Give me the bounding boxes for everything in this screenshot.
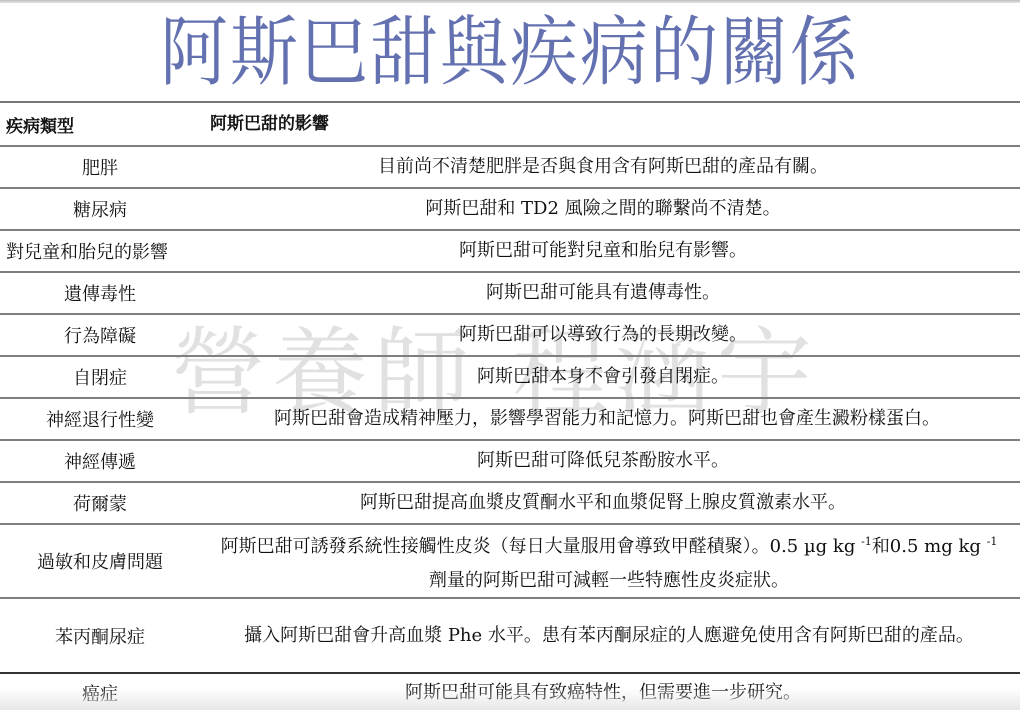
table-row: 自閉症 阿斯巴甜本身不會引發自閉症。 [0,355,1020,397]
effect-cell: 阿斯巴甜提高血漿皮質酮水平和血漿促腎上腺皮質激素水平。 [200,486,1020,520]
table-row: 苯丙酮尿症 攝入阿斯巴甜會升高血漿 Phe 水平。患有苯丙酮尿症的人應避免使用含… [0,597,1020,672]
effect-cell: 阿斯巴甜可降低兒茶酚胺水平。 [200,444,1020,478]
effect-cell: 阿斯巴甜可能對兒童和胎兒有影響。 [200,234,1020,268]
disease-type-cell: 遺傳毒性 [0,280,200,306]
effect-text-part2: 和0.5 mg kg [872,536,987,557]
disease-type-cell: 神經退行性變 [0,406,200,432]
effect-cell: 阿斯巴甜可以導致行為的長期改變。 [200,318,1020,352]
table-row: 神經傳遞 阿斯巴甜可降低兒茶酚胺水平。 [0,439,1020,481]
table-row: 神經退行性變 阿斯巴甜會造成精神壓力，影響學習能力和記憶力。阿斯巴甜也會產生澱粉… [0,397,1020,439]
header-disease-type: 疾病類型 [0,112,210,137]
disease-type-cell: 過敏和皮膚問題 [0,548,200,574]
table-row: 過敏和皮膚問題 阿斯巴甜可誘發系統性接觸性皮炎（每日大量服用會導致甲醛積聚）。0… [0,523,1020,597]
disease-type-cell: 對兒童和胎兒的影響 [0,238,200,264]
table-row: 糖尿病 阿斯巴甜和 TD2 風險之間的聯繫尚不清楚。 [0,187,1020,229]
superscript-unit: -1 [987,535,998,548]
effect-cell: 阿斯巴甜可能具有致癌特性，但需要進一步研究。 [200,676,1020,710]
table-row: 行為障礙 阿斯巴甜可以導致行為的長期改變。 [0,313,1020,355]
disease-table: 疾病類型 阿斯巴甜的影響 肥胖 目前尚不清楚肥胖是否與食用含有阿斯巴甜的產品有關… [0,101,1020,710]
disease-type-cell: 癌症 [0,680,200,706]
table-row: 對兒童和胎兒的影響 阿斯巴甜可能對兒童和胎兒有影響。 [0,229,1020,271]
header-aspartame-effect: 阿斯巴甜的影響 [210,107,1020,141]
disease-type-cell: 自閉症 [0,364,200,390]
effect-cell: 阿斯巴甜可能具有遺傳毒性。 [200,276,1020,310]
effect-text-part3: 劑量的阿斯巴甜可減輕一些特應性皮炎症狀。 [429,570,789,591]
superscript-unit: -1 [861,535,872,548]
disease-type-cell: 苯丙酮尿症 [0,623,200,649]
disease-type-cell: 神經傳遞 [0,448,200,474]
table-row: 荷爾蒙 阿斯巴甜提高血漿皮質酮水平和血漿促腎上腺皮質激素水平。 [0,481,1020,523]
page-title: 阿斯巴甜與疾病的關係 [0,2,1020,105]
effect-cell: 阿斯巴甜本身不會引發自閉症。 [200,360,1020,394]
effect-cell: 阿斯巴甜會造成精神壓力，影響學習能力和記憶力。阿斯巴甜也會產生澱粉樣蛋白。 [200,402,1020,436]
disease-type-cell: 糖尿病 [0,196,200,222]
table-row: 癌症 阿斯巴甜可能具有致癌特性，但需要進一步研究。 [0,672,1020,710]
table-header-row: 疾病類型 阿斯巴甜的影響 [0,101,1020,145]
effect-cell: 阿斯巴甜可誘發系統性接觸性皮炎（每日大量服用會導致甲醛積聚）。0.5 µg kg… [200,525,1020,598]
disease-type-cell: 荷爾蒙 [0,490,200,516]
table-row: 肥胖 目前尚不清楚肥胖是否與食用含有阿斯巴甜的產品有關。 [0,145,1020,187]
effect-text-part1: 阿斯巴甜可誘發系統性接觸性皮炎（每日大量服用會導致甲醛積聚）。0.5 µg kg [221,536,861,557]
disease-type-cell: 肥胖 [0,154,200,180]
disease-type-cell: 行為障礙 [0,322,200,348]
table-row: 遺傳毒性 阿斯巴甜可能具有遺傳毒性。 [0,271,1020,313]
effect-cell: 阿斯巴甜和 TD2 風險之間的聯繫尚不清楚。 [200,192,1020,226]
effect-cell: 攝入阿斯巴甜會升高血漿 Phe 水平。患有苯丙酮尿症的人應避免使用含有阿斯巴甜的… [200,619,1020,653]
effect-cell: 目前尚不清楚肥胖是否與食用含有阿斯巴甜的產品有關。 [200,150,1020,184]
